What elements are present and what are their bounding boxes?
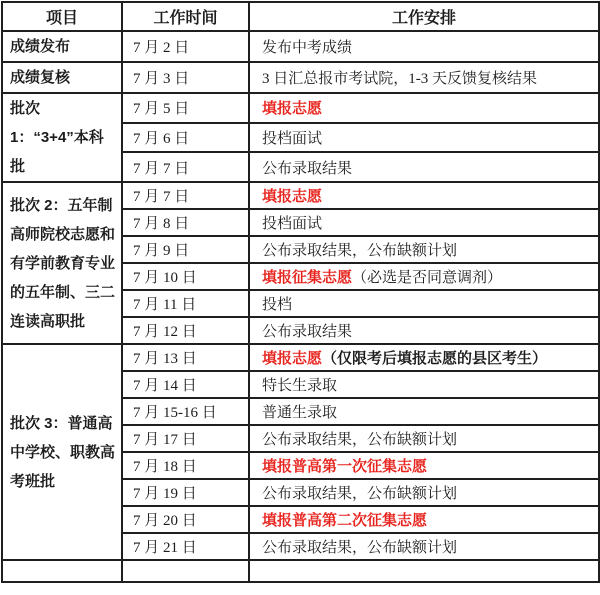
- plan-highlight-text: 填报征集志愿: [262, 269, 352, 286]
- clipped-cell: [122, 560, 249, 582]
- project-cell: 批次 1：“3+4”本科批: [2, 93, 122, 182]
- time-cell: 7 月 11 日: [122, 290, 249, 317]
- project-cell: 成绩复核: [2, 62, 122, 93]
- plan-cell: 普通生录取: [249, 398, 599, 425]
- plan-highlight-text: 填报志愿: [262, 100, 322, 117]
- clipped-next-row: [2, 560, 599, 582]
- table-row: 成绩发布7 月 2 日发布中考成绩: [2, 31, 599, 62]
- plan-text: （必选是否同意调剂）: [352, 270, 502, 286]
- plan-text: 公布录取结果: [262, 324, 352, 340]
- time-cell: 7 月 6 日: [122, 123, 249, 153]
- time-cell: 7 月 10 日: [122, 263, 249, 290]
- plan-cell: 3 日汇总报市考试院，1-3 天反馈复核结果: [249, 62, 599, 93]
- plan-text: 投档面试: [262, 131, 322, 147]
- table-body: 成绩发布7 月 2 日发布中考成绩成绩复核7 月 3 日3 日汇总报市考试院，1…: [2, 31, 599, 582]
- time-cell: 7 月 5 日: [122, 93, 249, 123]
- header-cell-plan: 工作安排: [249, 2, 599, 31]
- schedule-table: 项目 工作时间 工作安排 成绩发布7 月 2 日发布中考成绩成绩复核7 月 3 …: [1, 1, 600, 583]
- plan-cell: 填报征集志愿（必选是否同意调剂）: [249, 263, 599, 290]
- time-cell: 7 月 20 日: [122, 506, 249, 533]
- time-cell: 7 月 3 日: [122, 62, 249, 93]
- time-cell: 7 月 18 日: [122, 452, 249, 479]
- plan-cell: 公布录取结果，公布缺额计划: [249, 479, 599, 506]
- time-cell: 7 月 14 日: [122, 371, 249, 398]
- time-cell: 7 月 8 日: [122, 209, 249, 236]
- plan-text: 公布录取结果，公布缺额计划: [262, 540, 457, 556]
- clipped-cell: [249, 560, 599, 582]
- plan-text: （仅限考后填报志愿的县区考生）: [322, 350, 547, 367]
- plan-highlight-text: 填报普高第二次征集志愿: [262, 512, 427, 529]
- plan-cell: 填报志愿（仅限考后填报志愿的县区考生）: [249, 344, 599, 371]
- time-cell: 7 月 12 日: [122, 317, 249, 344]
- plan-highlight-text: 填报普高第一次征集志愿: [262, 458, 427, 475]
- schedule-page: 项目 工作时间 工作安排 成绩发布7 月 2 日发布中考成绩成绩复核7 月 3 …: [0, 0, 600, 595]
- plan-highlight-text: 填报志愿: [262, 188, 322, 205]
- plan-cell: 填报普高第二次征集志愿: [249, 506, 599, 533]
- time-cell: 7 月 17 日: [122, 425, 249, 452]
- table-header: 项目 工作时间 工作安排: [2, 2, 599, 31]
- plan-cell: 公布录取结果，公布缺额计划: [249, 425, 599, 452]
- plan-cell: 投档面试: [249, 123, 599, 153]
- plan-cell: 发布中考成绩: [249, 31, 599, 62]
- project-cell: 批次 2：五年制高师院校志愿和有学前教育专业的五年制、三二连读高职批: [2, 182, 122, 344]
- time-cell: 7 月 9 日: [122, 236, 249, 263]
- plan-text: 公布录取结果，公布缺额计划: [262, 432, 457, 448]
- plan-cell: 投档面试: [249, 209, 599, 236]
- time-cell: 7 月 7 日: [122, 182, 249, 209]
- table-row: 成绩复核7 月 3 日3 日汇总报市考试院，1-3 天反馈复核结果: [2, 62, 599, 93]
- time-cell: 7 月 19 日: [122, 479, 249, 506]
- plan-cell: 公布录取结果: [249, 317, 599, 344]
- plan-cell: 公布录取结果，公布缺额计划: [249, 236, 599, 263]
- header-cell-time: 工作时间: [122, 2, 249, 31]
- table-row: 批次 1：“3+4”本科批7 月 5 日填报志愿: [2, 93, 599, 123]
- plan-cell: 填报志愿: [249, 182, 599, 209]
- plan-text: 公布录取结果，公布缺额计划: [262, 486, 457, 502]
- clipped-cell: [2, 560, 122, 582]
- plan-text: 发布中考成绩: [262, 40, 352, 56]
- time-cell: 7 月 21 日: [122, 533, 249, 560]
- time-cell: 7 月 15-16 日: [122, 398, 249, 425]
- plan-text: 公布录取结果，公布缺额计划: [262, 243, 457, 259]
- plan-text: 投档面试: [262, 216, 322, 232]
- plan-text: 3 日汇总报市考试院，1-3 天反馈复核结果: [262, 71, 537, 87]
- table-row: 批次 2：五年制高师院校志愿和有学前教育专业的五年制、三二连读高职批7 月 7 …: [2, 182, 599, 209]
- plan-highlight-text: 填报志愿: [262, 350, 322, 367]
- plan-cell: 填报志愿: [249, 93, 599, 123]
- header-cell-project: 项目: [2, 2, 122, 31]
- header-row: 项目 工作时间 工作安排: [2, 2, 599, 31]
- project-cell: 成绩发布: [2, 31, 122, 62]
- plan-text: 投档: [262, 297, 292, 313]
- plan-text: 特长生录取: [262, 378, 337, 394]
- time-cell: 7 月 2 日: [122, 31, 249, 62]
- plan-cell: 填报普高第一次征集志愿: [249, 452, 599, 479]
- plan-cell: 公布录取结果: [249, 152, 599, 182]
- table-row: 批次 3：普通高中学校、职教高考班批7 月 13 日填报志愿（仅限考后填报志愿的…: [2, 344, 599, 371]
- plan-text: 公布录取结果: [262, 161, 352, 177]
- project-cell: 批次 3：普通高中学校、职教高考班批: [2, 344, 122, 560]
- plan-cell: 投档: [249, 290, 599, 317]
- plan-text: 普通生录取: [262, 405, 337, 421]
- plan-cell: 特长生录取: [249, 371, 599, 398]
- time-cell: 7 月 13 日: [122, 344, 249, 371]
- time-cell: 7 月 7 日: [122, 152, 249, 182]
- plan-cell: 公布录取结果，公布缺额计划: [249, 533, 599, 560]
